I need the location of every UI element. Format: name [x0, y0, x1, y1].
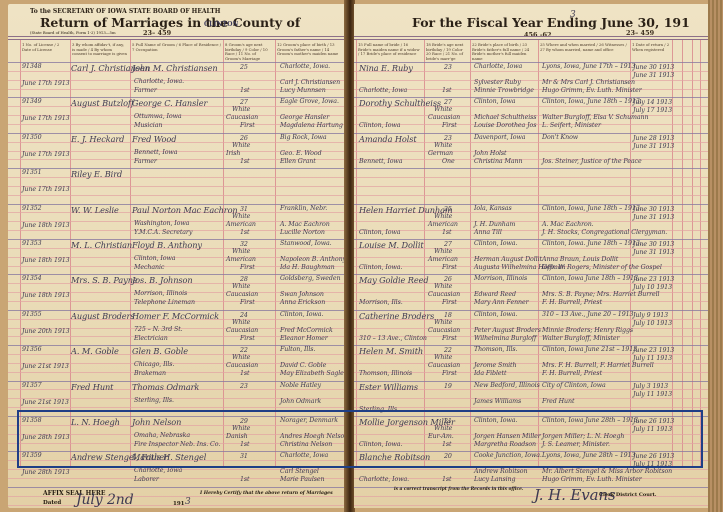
registered-date: July 10 1913 — [633, 320, 672, 327]
license-date: June 21st 1913 — [22, 363, 69, 370]
bride-mother: Wilhelmina Burgloff — [474, 335, 536, 342]
groom-occupation: Y.M.C.A. Secretary — [134, 229, 192, 236]
header-rule — [8, 36, 346, 37]
bride-marriage-number: First — [442, 370, 457, 377]
groom-name: Floyd B. Anthony — [132, 240, 202, 250]
groom-name: Jos. B. Johnson — [132, 275, 193, 285]
bride-father: James Williams — [474, 398, 521, 405]
groom-color: White — [232, 142, 250, 149]
bride-age: 22 — [444, 347, 452, 354]
groom-father: Carl Stengel — [280, 468, 319, 475]
groom-age: 22 — [240, 347, 248, 354]
affiant-name: Riley E. Bird — [71, 169, 122, 179]
groom-name: John Nelson — [132, 417, 181, 427]
groom-occupation: Electrician — [134, 335, 168, 342]
groom-marriage-number: 1st — [240, 229, 249, 236]
groom-race: Irish — [226, 150, 240, 157]
officiant: Walter Burgloff, Minister — [542, 335, 619, 342]
bride-mother: Anna Till — [474, 229, 502, 236]
groom-name: John M. Christiansen — [132, 63, 218, 73]
groom-color: White — [232, 425, 250, 432]
return-date: July 14 1913 — [633, 99, 672, 106]
bride-age: 23 — [444, 135, 452, 142]
bride-residence: Sterling, Ills. — [359, 406, 399, 413]
bride-race: American — [428, 221, 458, 228]
bride-name: May Goldie Reed — [359, 275, 429, 285]
groom-residence: Washington, Iowa — [134, 220, 189, 227]
bride-mother: Ida Fiblett — [474, 370, 506, 377]
groom-marriage-number: First — [240, 122, 255, 129]
groom-residence: Charlotte, Iowa — [134, 467, 182, 474]
bride-age: 26 — [444, 276, 452, 283]
column-divider — [682, 40, 683, 468]
license-date: June 20th 1913 — [22, 328, 70, 335]
record-rule — [8, 487, 346, 488]
bride-father: Peter August Broders — [474, 327, 541, 334]
bride-marriage-number: One — [442, 158, 455, 165]
year-prefix: 191 — [173, 501, 184, 507]
groom-age: 27 — [240, 99, 248, 106]
groom-mother: May Elizabeth Sagle — [280, 370, 344, 377]
officiant: J. H. Stocks, Congregational Clergyman. — [542, 229, 667, 236]
license-date: June 17th 1913 — [22, 115, 70, 122]
marriage-place-date: Clinton, Iowa. June 18th – 1913. — [542, 240, 642, 247]
groom-mother: Eleanor Homer — [280, 335, 328, 342]
affiant-name: August Butzloff — [71, 98, 134, 108]
bride-race: German — [428, 150, 453, 157]
page-edges — [708, 0, 723, 512]
transcript-text: is a correct transcript from the Records… — [394, 487, 523, 492]
return-date: June 26 1913 — [633, 453, 674, 460]
groom-age: 26 — [240, 135, 248, 142]
registered-date: July 11 1913 — [633, 461, 672, 468]
groom-occupation: Fire Inspector Neb. Ins. Co. — [134, 441, 220, 448]
groom-father: Geo. E. Wood — [280, 150, 322, 157]
bride-mother: Lucy Lansing — [474, 476, 515, 483]
groom-name: Glen B. Goble — [132, 346, 188, 356]
groom-age: 25 — [240, 64, 248, 71]
groom-father: John Odmark — [280, 398, 321, 405]
marriage-place-date: Lyons, Iowa, June 17th – 1913. — [542, 63, 637, 70]
groom-occupation: Telephone Lineman — [134, 299, 195, 306]
bride-residence: Clinton, Iowa. — [359, 264, 402, 271]
license-number: 91351 — [22, 169, 42, 176]
bride-birthplace: Morrison, Illinois — [474, 275, 527, 282]
bride-marriage-number: 1st — [442, 229, 451, 236]
license-number: 91349 — [22, 98, 42, 105]
groom-father: Napoleon B. Anthony — [280, 256, 346, 263]
page-stamp-a: 456 -62 — [524, 31, 552, 39]
column-divider — [20, 40, 21, 468]
groom-marriage-number: 1st — [240, 441, 249, 448]
bride-color: White — [434, 319, 452, 326]
return-date: June 30 1913 — [633, 206, 674, 213]
bride-marriage-number: 1st — [442, 441, 451, 448]
groom-age: 31 — [240, 453, 248, 460]
groom-color: White — [232, 354, 250, 361]
license-date: June 28th 1913 — [22, 434, 70, 441]
fiscal-year-suffix: 3 — [570, 10, 576, 20]
affiant-name: W. W. Leslie — [71, 205, 119, 215]
bride-residence: Clinton, Iowa — [359, 122, 400, 129]
bride-age: 19 — [444, 383, 452, 390]
bride-father: Edward Reed — [474, 291, 516, 298]
bride-age: 18 — [444, 312, 452, 319]
sub-rule — [354, 398, 708, 399]
groom-birthplace: Goldsberg, Sweden — [280, 275, 340, 282]
groom-birthplace: Fulton, Ills. — [280, 346, 315, 353]
bride-marriage-number: First — [442, 299, 457, 306]
registered-date: June 31 1913 — [633, 72, 674, 79]
groom-occupation: Farmer — [134, 87, 157, 94]
officiant: Hugo Grimm, Ev. Luth. Minister — [542, 87, 642, 94]
bride-birthplace: Clinton, Iowa. — [474, 240, 517, 247]
groom-mother: Anna Erickson — [280, 299, 325, 306]
marriage-place-date: Clinton, Iowa June 18th – 1913. — [542, 275, 640, 282]
officiant: F. H. Burrell, Priest — [542, 299, 602, 306]
bride-race: Caucasian — [428, 291, 460, 298]
groom-birthplace: Big Rock, Iowa — [280, 134, 327, 141]
license-date: June 21st 1913 — [22, 399, 69, 406]
groom-mother: Ida H. Baughman — [280, 264, 335, 271]
license-date: June 18th 1913 — [22, 222, 70, 229]
groom-residence: Chicago, Ills. — [134, 361, 174, 368]
sub-rule — [354, 177, 708, 178]
sub-rule — [8, 407, 346, 408]
sub-rule — [8, 177, 346, 178]
groom-age: 29 — [240, 418, 248, 425]
bride-mother: Mary Ann Fenner — [474, 299, 529, 306]
bride-age: 27 — [444, 99, 452, 106]
groom-name: Homer F. McCormick — [132, 311, 219, 321]
groom-mother: Lucille Norton — [280, 229, 325, 236]
groom-marriage-number: 1st — [240, 476, 249, 483]
license-number: 91357 — [22, 382, 42, 389]
witnesses: Anna Braun, Louis Dollit — [542, 256, 618, 263]
affiant-name: A. M. Goble — [71, 346, 119, 356]
groom-birthplace: Stanwood, Iowa. — [280, 240, 332, 247]
groom-birthplace: Charlotte, Iowa — [280, 452, 328, 459]
bride-marriage-number: First — [442, 122, 457, 129]
witnesses: Mr & Mrs Carl J. Christiansen — [542, 79, 635, 86]
return-date: July 3 1913 — [633, 383, 668, 390]
column-header-c1: 1 No. of License / 2 Date of License — [20, 42, 70, 62]
groom-occupation: Musician — [134, 122, 162, 129]
clerk-title: Clerk District Court. — [599, 492, 657, 498]
groom-color: White — [232, 106, 250, 113]
return-date: June 26 1913 — [633, 418, 674, 425]
bride-birthplace: Davenport, Iowa — [474, 134, 525, 141]
column-divider — [538, 40, 539, 468]
bride-mother: Louise Dorothea Jos — [474, 122, 536, 129]
bride-father: Sylvester Ruby — [474, 79, 521, 86]
groom-mother: Magdalena Hartung — [280, 122, 343, 129]
return-date: June 30 1913 — [633, 241, 674, 248]
affiant-name: August Broders — [71, 311, 134, 321]
groom-marriage-number: First — [240, 335, 255, 342]
groom-father: Carl J. Christiansen — [280, 79, 340, 86]
sub-rule — [8, 195, 346, 196]
groom-name: Paul Norton Mac Eachron — [132, 205, 238, 215]
bride-birthplace: Thomson, Ills. — [474, 346, 517, 353]
groom-residence: Charlotte, Iowa. — [134, 78, 184, 85]
dated-label: Dated — [43, 500, 61, 506]
groom-name: George C. Hansler — [132, 98, 207, 108]
bride-birthplace: Clinton, Iowa. — [474, 311, 517, 318]
officiant: F. H. Burrell, Priest — [542, 370, 602, 377]
registered-date: June 31 1913 — [633, 249, 674, 256]
bride-name: Nina E. Ruby — [359, 63, 413, 73]
registered-date: July 10 1913 — [633, 284, 672, 291]
license-number: 91355 — [22, 311, 42, 318]
return-date: July 9 1913 — [633, 312, 668, 319]
officiant: Hugo Grimm, Ev. Luth. Minister — [542, 476, 642, 483]
groom-age: 23 — [240, 383, 248, 390]
groom-name: Marius H. Stengel — [132, 452, 206, 462]
groom-race: Caucasian — [226, 327, 258, 334]
bride-birthplace: New Bedford, Illinois — [474, 382, 540, 389]
bride-residence: Charlotte, Iowa — [359, 87, 407, 94]
right-page: For the Fiscal Year Ending June 30, 1913… — [354, 4, 708, 508]
groom-residence: Sterling, Ills. — [134, 397, 174, 404]
sub-rule — [354, 151, 708, 152]
affiant-name: Fred Hunt — [71, 382, 113, 392]
bride-name: Louise M. Dollit — [359, 240, 424, 250]
groom-father: Swan Johnson — [280, 291, 324, 298]
witnesses: Mrs. S. B. Payne; Mrs. Harriet Burrell — [542, 291, 659, 298]
bride-age: 23 — [444, 64, 452, 71]
bride-father: Andrew Robitson — [474, 468, 527, 475]
license-date: June 17th 1913 — [22, 186, 70, 193]
license-date: June 17th 1913 — [22, 80, 70, 87]
bride-marriage-number: First — [442, 335, 457, 342]
groom-age: 28 — [240, 276, 248, 283]
affiant-name: Mrs. S. B. Payne — [71, 275, 138, 285]
bride-father: John Holst — [474, 150, 507, 157]
groom-residence: Bennett, Iowa — [134, 149, 177, 156]
column-header-c7: 18 Bride's age next birthday / 19 Color … — [424, 42, 470, 62]
registered-date: July 11 1913 — [633, 355, 672, 362]
bride-marriage-number: 1st — [442, 87, 451, 94]
bride-marriage-number: First — [442, 264, 457, 271]
affiant-name: M. L. Christian — [71, 240, 132, 250]
witnesses: Minnie Broders; Henry Riggs — [542, 327, 633, 334]
bride-residence: Clinton, Iowa — [359, 229, 400, 236]
dated-value: July 2nd — [76, 492, 134, 508]
header-rule — [354, 36, 708, 37]
marriage-place-date: Lyons, Iowa, June 28th – 1913. — [542, 452, 637, 459]
groom-birthplace: Franklin, Nebr. — [280, 205, 327, 212]
column-divider — [692, 40, 693, 468]
license-date: June 18th 1913 — [22, 257, 70, 264]
groom-name: Fred Wood — [132, 134, 176, 144]
groom-birthplace: Clinton, Iowa. — [280, 311, 323, 318]
column-header-c10: 1 Date of return / 2 When registered — [630, 42, 672, 62]
bride-name: Catherine Broders — [359, 311, 434, 321]
officiant: Jos. Steiner, Justice of the Peace — [542, 158, 642, 165]
groom-race: Caucasian — [226, 114, 258, 121]
groom-color: White — [232, 248, 250, 255]
license-date: June 18th 1913 — [22, 292, 70, 299]
return-date: June 28 1913 — [633, 135, 674, 142]
bride-residence: Bennett, Iowa — [359, 158, 402, 165]
registered-date: July 11 1913 — [633, 391, 672, 398]
bride-name: Ester Williams — [359, 382, 418, 392]
marriage-place-date: Clinton, Iowa, June 18th – 1913. — [542, 205, 642, 212]
column-divider — [356, 40, 357, 468]
sub-rule — [354, 505, 708, 506]
license-date: June 28th 1913 — [22, 469, 70, 476]
groom-color: White — [232, 283, 250, 290]
bride-birthplace: Iola, Kansas — [474, 205, 512, 212]
bride-birthplace: Cooke Junction, Iowa. — [474, 452, 542, 459]
bride-father: Jorgen Hansen Miller — [474, 433, 541, 440]
groom-birthplace: Eagle Grove, Iowa. — [280, 98, 339, 105]
groom-birthplace: Norager, Denmark — [280, 417, 338, 424]
record-rule — [354, 168, 708, 169]
sub-rule — [354, 186, 708, 187]
record-rule — [8, 168, 346, 169]
license-number: 91356 — [22, 346, 42, 353]
groom-mother: Christina Nelson — [280, 441, 332, 448]
license-date: June 17th 1913 — [22, 151, 70, 158]
witnesses: Walter Burgloff, Elsa V. Schumann — [542, 114, 648, 121]
groom-residence: 725 – N. 3rd St. — [134, 326, 183, 333]
bride-race: Caucasian — [428, 114, 460, 121]
bride-residence: Morrison, Ills. — [359, 299, 403, 306]
bride-marriage-number: 1st — [442, 476, 451, 483]
groom-occupation: Laborer — [134, 476, 159, 483]
sub-rule — [8, 142, 346, 143]
groom-race: American — [226, 221, 256, 228]
column-header-c9: 25 Where and when married / 26 Witnesses… — [538, 42, 630, 62]
bride-name: Helen M. Smith — [359, 346, 423, 356]
bride-birthplace: Charlotte, Iowa — [474, 63, 522, 70]
column-divider — [223, 40, 224, 468]
addressee: To the SECRETARY OF IOWA STATE BOARD OF … — [30, 8, 220, 15]
bride-age: 21 — [444, 418, 452, 425]
license-number: 91358 — [22, 417, 42, 424]
marriage-place-date: Clinton, Iowa June 28th – 1913. — [542, 417, 640, 424]
groom-marriage-number: First — [240, 264, 255, 271]
registered-date: June 31 1913 — [633, 143, 674, 150]
license-number: 91353 — [22, 240, 42, 247]
marriage-place-date: Clinton, Iowa, June 18th – 1913. — [542, 98, 642, 105]
affiant-name: E. J. Heckard — [71, 134, 124, 144]
groom-father: Fred McCormick — [280, 327, 333, 334]
witnesses: Fred Hunt — [542, 398, 574, 405]
marriage-place-date: 310 – 13 Ave., June 20 – 1913. — [542, 311, 635, 318]
groom-race: Caucasian — [226, 291, 258, 298]
license-number: 91352 — [22, 205, 42, 212]
bride-color: White — [434, 106, 452, 113]
witnesses: Jorgen Miller; L. N. Hoegh — [542, 433, 624, 440]
bride-birthplace: Clinton, Iowa — [474, 98, 515, 105]
officiant: L. Seifert, Minister — [542, 122, 601, 129]
groom-birthplace: Charlotte, Iowa. — [280, 63, 330, 70]
column-divider — [275, 40, 276, 468]
column-divider — [700, 40, 701, 468]
groom-residence: Clinton, Iowa — [134, 255, 175, 262]
marriage-place-date: Don't Know — [542, 134, 578, 141]
bride-color: White — [434, 425, 452, 432]
bride-color: White — [434, 248, 452, 255]
return-date: June 30 1913 — [633, 64, 674, 71]
bride-residence: 310 – 13 Ave., Clinton — [359, 335, 427, 342]
bride-color: White — [434, 142, 452, 149]
groom-birthplace: Noble Hatley — [280, 382, 321, 389]
bride-name: Dorothy Schultheiss — [359, 98, 441, 108]
sub-rule — [354, 363, 708, 364]
groom-mother: Ellen Grant — [280, 158, 316, 165]
witnesses: Mrs. F. H. Burrell, F. Harriet Burrell — [542, 362, 654, 369]
sub-rule — [354, 80, 708, 81]
witnesses: A. Mac Eachron. — [542, 221, 594, 228]
witnesses: Mr. Albert Stengel & Miss Arbor Robitson — [542, 468, 672, 475]
registered-date: July 11 1913 — [633, 426, 672, 433]
bride-mother: Margretha Roadson — [474, 441, 536, 448]
groom-marriage-number: 1st — [240, 158, 249, 165]
license-number: 91354 — [22, 275, 42, 282]
groom-marriage-number: 1st — [240, 87, 249, 94]
sub-rule — [354, 221, 708, 222]
bride-color: White — [434, 213, 452, 220]
fiscal-year-title: For the Fiscal Year Ending June 30, 191 — [412, 15, 690, 30]
sub-rule — [354, 159, 708, 160]
county-name: CLINTON — [204, 21, 239, 28]
bride-age: 27 — [444, 241, 452, 248]
bride-age: 25 — [444, 206, 452, 213]
column-header-c8: 22 Bride's place of birth / 23 Bride's f… — [470, 42, 538, 62]
groom-age: 24 — [240, 312, 248, 319]
form-id: (State Board of Health, Form 1-2) 1913—5… — [30, 30, 116, 35]
left-page: To the SECRETARY OF IOWA STATE BOARD OF … — [8, 4, 346, 508]
bride-name: Blanche Robitson — [359, 452, 430, 462]
marriage-place-date: Clinton, Iowa June 21st – 1913. — [542, 346, 639, 353]
sub-rule — [354, 301, 708, 302]
groom-father: Andres Hoegh Nelson — [280, 433, 346, 440]
bride-birthplace: Clinton, Iowa. — [474, 417, 517, 424]
column-divider — [470, 40, 471, 468]
column-header-c5: 12 Groom's place of birth / 13 Groom's f… — [275, 42, 346, 62]
bride-father: J. H. Dunham — [474, 221, 515, 228]
groom-race: Danish — [226, 433, 248, 440]
groom-occupation: Brakeman — [134, 370, 166, 377]
page-title: Return of Marriages in the County of — [40, 15, 300, 30]
bride-color: White — [434, 354, 452, 361]
column-header-c3: 5 Full Name of Groom / 6 Place of Reside… — [130, 42, 223, 62]
groom-mother: Lucy Munnsen — [280, 87, 326, 94]
groom-race: American — [226, 256, 256, 263]
bride-father: Michael Schultheiss — [474, 114, 536, 121]
header-rule — [8, 39, 346, 40]
groom-age: 32 — [240, 241, 248, 248]
bride-residence: Charlotte, Iowa. — [359, 476, 409, 483]
groom-color: White — [232, 319, 250, 326]
return-date: June 23 1913 — [633, 276, 674, 283]
bride-father: Jerome Smith — [474, 362, 516, 369]
column-header-c2: 3 By whom affidav't, if any, is made / 4… — [70, 42, 130, 62]
column-header-c6: 15 Full name of bride / 16 Bride's maide… — [356, 42, 424, 62]
groom-occupation: Mechanic — [134, 264, 164, 271]
groom-age: 31 — [240, 206, 248, 213]
groom-residence: Ottumwa, Iowa — [134, 113, 182, 120]
bride-mother: Christina Mann — [474, 158, 522, 165]
registered-date: July 17 1913 — [633, 107, 672, 114]
bride-mother: Minnie Trowbridge — [474, 87, 534, 94]
license-number: 91350 — [22, 134, 42, 141]
year-suffix: 3 — [185, 497, 191, 507]
